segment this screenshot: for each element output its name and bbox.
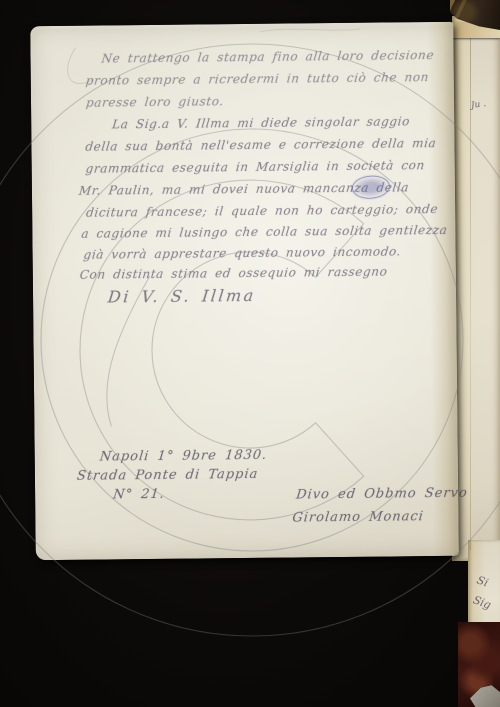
handwriting-line: Con distinta stima ed ossequio mi rasseg… [79,264,388,281]
manuscript-page: Ne trattengo la stampa fino alla loro de… [30,22,459,560]
handwriting-line: Ne trattengo la stampa fino alla loro de… [101,48,435,65]
handwriting-line: grammatica eseguita in Marsiglia in soci… [85,158,426,176]
closing-formula: Divo ed Obbmo Servo [295,486,468,503]
handwriting-line: già vorrà apprestare questo nuovo incomo… [83,244,402,261]
handwriting-line: dicitura francese; il quale non ho carte… [85,202,439,220]
dateline-address: Strada Ponte di Tappia [76,467,259,484]
dateline-city-date: Napoli 1° 9bre 1830. [99,448,268,465]
facing-page-pen-mark: Ju . [470,99,486,111]
facing-page-edge-strip [452,16,500,561]
signature-name: Girolamo Monaci [292,509,425,525]
handwriting-line: a cagione mi lusingo che colla sua solit… [81,223,449,241]
handwriting-line: paresse loro giusto. [85,94,224,109]
handwriting-line: La Sig.a V. Illma mi diede singolar sagg… [111,114,410,131]
page-gutter-shading [427,22,459,556]
scanned-manuscript-photo: Ju . Si Sig Ne trattengo la stampa fino … [0,0,500,707]
ink-stamp [351,174,391,200]
page-edge-crease [470,20,471,550]
handwriting-line: pronto sempre a ricredermi in tutto ciò … [85,70,430,88]
handwriting-line: della sua bontà nell'esame e correzione … [85,136,437,154]
dateline-number: N° 21. [112,487,165,503]
valediction: Di V. S. Illma [107,286,257,307]
